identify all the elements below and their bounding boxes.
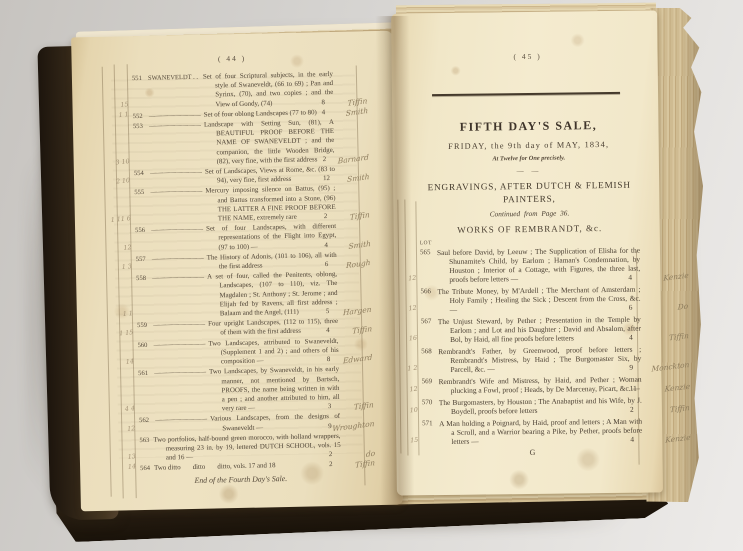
lot-number: 555	[134, 188, 151, 225]
buyer-annotation: Smith	[345, 106, 367, 118]
catalog-entry: 15 571 A Man holding a Poignard, by Haid…	[422, 417, 642, 447]
buyer-annotation: Barnard	[337, 152, 368, 165]
pencil-price-annotation: 15	[399, 436, 419, 447]
lot-number: 551	[132, 74, 149, 111]
buyer-annotation: Tiffin	[350, 210, 370, 222]
lot-description-block: Rembrandt's Father, by Greenwood, proof …	[438, 345, 641, 374]
subsection-title: WORKS OF REMBRANDT, &c.	[420, 223, 640, 236]
lot-description: Set of four oblong Landscapes (77 to 80)	[204, 109, 317, 118]
pencil-price-annotation: 15	[98, 100, 129, 112]
lot-number: 556	[135, 226, 152, 254]
lot-description: Set of four Landscapes, with different r…	[206, 223, 336, 251]
buyer-annotation: Do	[678, 301, 689, 311]
lot-description-block: Two Landscapes, attributed to Swaneveldt…	[208, 337, 339, 367]
lot-description-block: Set of Landscapes, Views at Rome, &c. (8…	[205, 165, 335, 186]
artist-name-or-ditto-dash: ————————	[150, 168, 205, 188]
catalog-entry: 1 15 559 ———————— Four upright Landscape…	[137, 317, 338, 340]
day-end-note: End of the Fourth Day's Sale.	[140, 472, 341, 485]
catalog-entry: 12 569 Rembrandt's Wife and Mistress, by…	[422, 375, 642, 396]
divider-ornament: — —	[419, 166, 639, 177]
pencil-price-annotation: 1 1	[98, 110, 129, 122]
lot-description: Various Landscapes, from the designs of …	[210, 413, 340, 432]
right-page-content: ( 45 ) FIFTH DAY'S SALE, FRIDAY, the 9th…	[418, 51, 643, 459]
lot-list-left: 15 551 SWANEVELDT . . Set of four Script…	[132, 70, 341, 474]
artist-name-or-ditto-dash: ————————	[149, 121, 205, 168]
pencil-price-annotation: 1 3	[102, 262, 133, 274]
pencil-price-annotation: 12	[397, 304, 417, 315]
buyer-annotation: Wroughton	[332, 418, 374, 433]
lot-description-block: A Man holding a Poignard, by Haid, proof…	[439, 417, 642, 446]
lot-description: The Unjust Steward, by Pether ; Presenta…	[438, 315, 641, 344]
lot-description: Two Landscapes, by Swaneveldt, in his ea…	[209, 366, 340, 412]
artist-name-or-ditto-dash: ————————	[154, 368, 210, 415]
section-title: ENGRAVINGS, AFTER DUTCH & FLEMISH PAINTE…	[419, 179, 639, 208]
lot-number: 567	[421, 317, 438, 344]
artist-name-or-ditto-dash: ————————	[152, 273, 208, 320]
lot-description-block: The Unjust Steward, by Pether ; Presenta…	[438, 315, 641, 344]
pencil-rule	[404, 199, 408, 455]
lot-list-right: 12 565 Saul before David, by Leeuw ; The…	[420, 246, 642, 447]
pencil-price-annotation: 1 11 6	[101, 214, 132, 226]
artist-name-or-ditto-dash: ————————	[149, 110, 204, 120]
lot-description-block: Saul before David, by Leeuw ; The Suppli…	[437, 246, 640, 284]
catalog-entry: 4 4 561 ———————— Two Landscapes, by Swan…	[138, 365, 340, 415]
catalog-entry: 1 2 568 Rembrandt's Father, by Greenwood…	[421, 345, 641, 375]
buyer-annotation: Edward	[343, 353, 372, 366]
pencil-price-annotation: 14	[106, 462, 137, 474]
lot-description-block: A set of four, called the Penitents, obl…	[207, 270, 338, 319]
artist-name-or-ditto-dash: ————————	[153, 320, 208, 340]
lot-number: 569	[422, 377, 439, 395]
artist-name-or-ditto-dash: ————————	[152, 253, 207, 273]
lot-description-block: Four upright Landscapes, (112 to 115), t…	[208, 317, 338, 338]
lot-description: Two portfolios, half-bound green morocco…	[153, 433, 340, 462]
lot-description: Four upright Landscapes, (112 to 115), t…	[208, 318, 338, 337]
lot-number: 560	[137, 340, 154, 368]
lot-number: 565	[420, 248, 437, 284]
header-rule	[432, 92, 620, 96]
catalog-entry: 1 1 552 ———————— Set of four oblong Land…	[133, 108, 334, 121]
pencil-price-annotation: 4 4	[105, 404, 136, 416]
pencil-price-annotation: 16	[398, 334, 418, 345]
lot-description: A Man holding a Poignard, by Haid, proof…	[439, 417, 642, 446]
catalog-entry: 1 11 6 555 ———————— Mercury imposing sil…	[134, 184, 336, 225]
catalog-entry: 10 570 The Burgomasters, by Houston ; Th…	[422, 396, 642, 417]
lot-description: A set of four, called the Penitents, obl…	[207, 271, 338, 317]
artist-name-or-ditto-dash: ————————	[153, 339, 209, 368]
catalog-entry: 12 566 The Tribute Money, by M'Ardell ; …	[420, 285, 640, 315]
pencil-price-annotation: 3 10	[99, 157, 130, 169]
lot-description: Landscape with Setting Sun, (81), A BEAU…	[204, 119, 335, 165]
catalog-entry: 3 10 553 ———————— Landscape with Setting…	[133, 118, 335, 168]
pencil-rule	[127, 64, 137, 498]
lot-number: 562	[139, 416, 155, 435]
lot-description-block: Two Landscapes, by Swaneveldt, in his ea…	[209, 365, 340, 414]
lot-number: 571	[422, 419, 439, 446]
lot-number: 558	[136, 274, 153, 320]
pencil-price-annotation: 14	[104, 357, 135, 369]
catalog-entry: 15 551 SWANEVELDT . . Set of four Script…	[132, 70, 334, 111]
pencil-price-annotation: 12	[105, 424, 136, 436]
lot-description: The Burgomasters, by Houston ; The Anaba…	[439, 396, 642, 416]
lot-description: Two ditto ditto ditto, vols. 17 and 18	[154, 463, 276, 473]
pencil-price-annotation: 1 2	[398, 364, 418, 375]
lot-description-block: Landscape with Setting Sun, (81), A BEAU…	[204, 118, 335, 167]
lot-description: The Tribute Money, by M'Ardell ; The Mer…	[437, 285, 640, 314]
pencil-price-annotation: 1 1	[103, 309, 134, 321]
catalog-entry: 12 562 ———————— Various Landscapes, from…	[139, 412, 340, 435]
catalog-entry: 13 563 Two portfolios, half-bound green …	[139, 432, 341, 464]
page-number-right: ( 45 )	[418, 51, 638, 63]
lot-description-block: The Burgomasters, by Houston ; The Anaba…	[439, 396, 642, 416]
pencil-price-annotation: 12	[101, 243, 132, 255]
page-number-left: ( 44 )	[131, 52, 332, 65]
sale-title: FIFTH DAY'S SALE,	[418, 118, 638, 136]
artist-name-or-ditto-dash: ————————	[150, 187, 206, 225]
lot-column-label: LOT	[420, 238, 640, 247]
signature-mark: G	[422, 447, 642, 459]
lot-description-block: Rembrandt's Wife and Mistress, by Haid, …	[439, 375, 642, 395]
lot-description-block: Set of four Scriptural subjects, in the …	[203, 70, 334, 110]
buyer-annotation: Smith	[347, 172, 369, 184]
lot-description: Rembrandt's Wife and Mistress, by Haid, …	[439, 375, 642, 395]
lot-number: 553	[133, 122, 150, 168]
lot-description-block: Set of four oblong Landscapes (77 to 80)…	[204, 108, 334, 120]
lot-number: 568	[421, 347, 438, 374]
lot-number: 559	[137, 321, 153, 340]
catalog-entry: 12 565 Saul before David, by Leeuw ; The…	[420, 246, 640, 285]
pencil-price-annotation: 12	[397, 274, 417, 285]
lot-description: Set of four Scriptural subjects, in the …	[203, 71, 334, 108]
foxing-stains	[71, 31, 403, 512]
lot-description: Two Landscapes, attributed to Swaneveldt…	[208, 338, 338, 366]
artist-name-or-ditto-dash: ————————	[155, 415, 210, 435]
lot-number: 566	[420, 287, 437, 314]
lot-description-block: Various Landscapes, from the designs of …	[210, 412, 340, 433]
lot-description-block: The Tribute Money, by M'Ardell ; The Mer…	[437, 285, 640, 314]
left-page-content: ( 44 ) 15 551 SWANEVELDT . . Set of four…	[131, 52, 341, 486]
lot-description: Saul before David, by Leeuw ; The Suppli…	[437, 246, 640, 284]
sale-time-note: At Twelve for One precisely.	[419, 154, 639, 164]
lot-number: 561	[138, 369, 155, 415]
pencil-price-annotation: 10	[399, 406, 419, 417]
catalog-entry: 14 560 ———————— Two Landscapes, attribut…	[137, 337, 339, 369]
pencil-price-annotation: 2 10	[100, 176, 131, 188]
lot-number: 552	[133, 112, 149, 122]
catalog-entry: 2 10 554 ———————— Set of Landscapes, Vie…	[134, 165, 335, 188]
auction-catalogue-photo: { "palette": { "backdrop": "#d5d3d0", "p…	[0, 0, 743, 551]
artist-name-or-ditto-dash: ————————	[151, 225, 207, 254]
pencil-price-annotation: 1 15	[103, 329, 134, 341]
buyer-annotation: Smith	[348, 239, 370, 251]
continued-note: Continued from Page 36.	[419, 208, 639, 220]
buyer-annotation: Tiffin	[352, 325, 372, 337]
lot-description-block: The History of Adonis, (101 to 106), all…	[207, 251, 337, 272]
catalog-entry: 16 567 The Unjust Steward, by Pether ; P…	[421, 315, 641, 345]
lot-description-block: Set of four Landscapes, with different r…	[206, 222, 337, 252]
buyer-annotation: Tiffin	[355, 458, 375, 470]
catalog-entry: 1 3 557 ———————— The History of Adonis, …	[136, 251, 337, 274]
buyer-annotation: Hargen	[343, 305, 372, 318]
lot-description-block: Two portfolios, half-bound green morocco…	[153, 432, 341, 464]
pencil-price-annotation: 12	[398, 385, 418, 396]
sale-date: FRIDAY, the 9th day of MAY, 1834,	[419, 140, 639, 152]
buyer-annotation: Tiffin	[354, 400, 374, 412]
right-page: ( 45 ) FIFTH DAY'S SALE, FRIDAY, the 9th…	[391, 10, 663, 495]
lot-number: 554	[134, 169, 150, 188]
catalog-entry: 12 556 ———————— Set of four Landscapes, …	[135, 222, 337, 254]
artist-name-or-ditto-dash: SWANEVELDT . .	[148, 73, 204, 111]
lot-description: The History of Adonis, (101 to 106), all…	[207, 252, 337, 271]
lot-number: 564	[140, 464, 154, 473]
lot-number: 563	[139, 436, 154, 464]
buyer-annotation: Rough	[346, 258, 371, 270]
lot-number: 570	[422, 398, 439, 416]
lot-description: Rembrandt's Father, by Greenwood, proof …	[438, 345, 641, 374]
lot-description: Set of Landscapes, Views at Rome, &c. (8…	[205, 166, 335, 185]
catalog-entry: 1 1 558 ———————— A set of four, called t…	[136, 270, 338, 320]
left-page: ( 44 ) 15 551 SWANEVELDT . . Set of four…	[71, 31, 403, 512]
lot-description-block: Mercury imposing silence on Battus, (95)…	[205, 184, 336, 224]
lot-number: 557	[136, 255, 152, 274]
lot-description: Mercury imposing silence on Battus, (95)…	[205, 185, 336, 222]
